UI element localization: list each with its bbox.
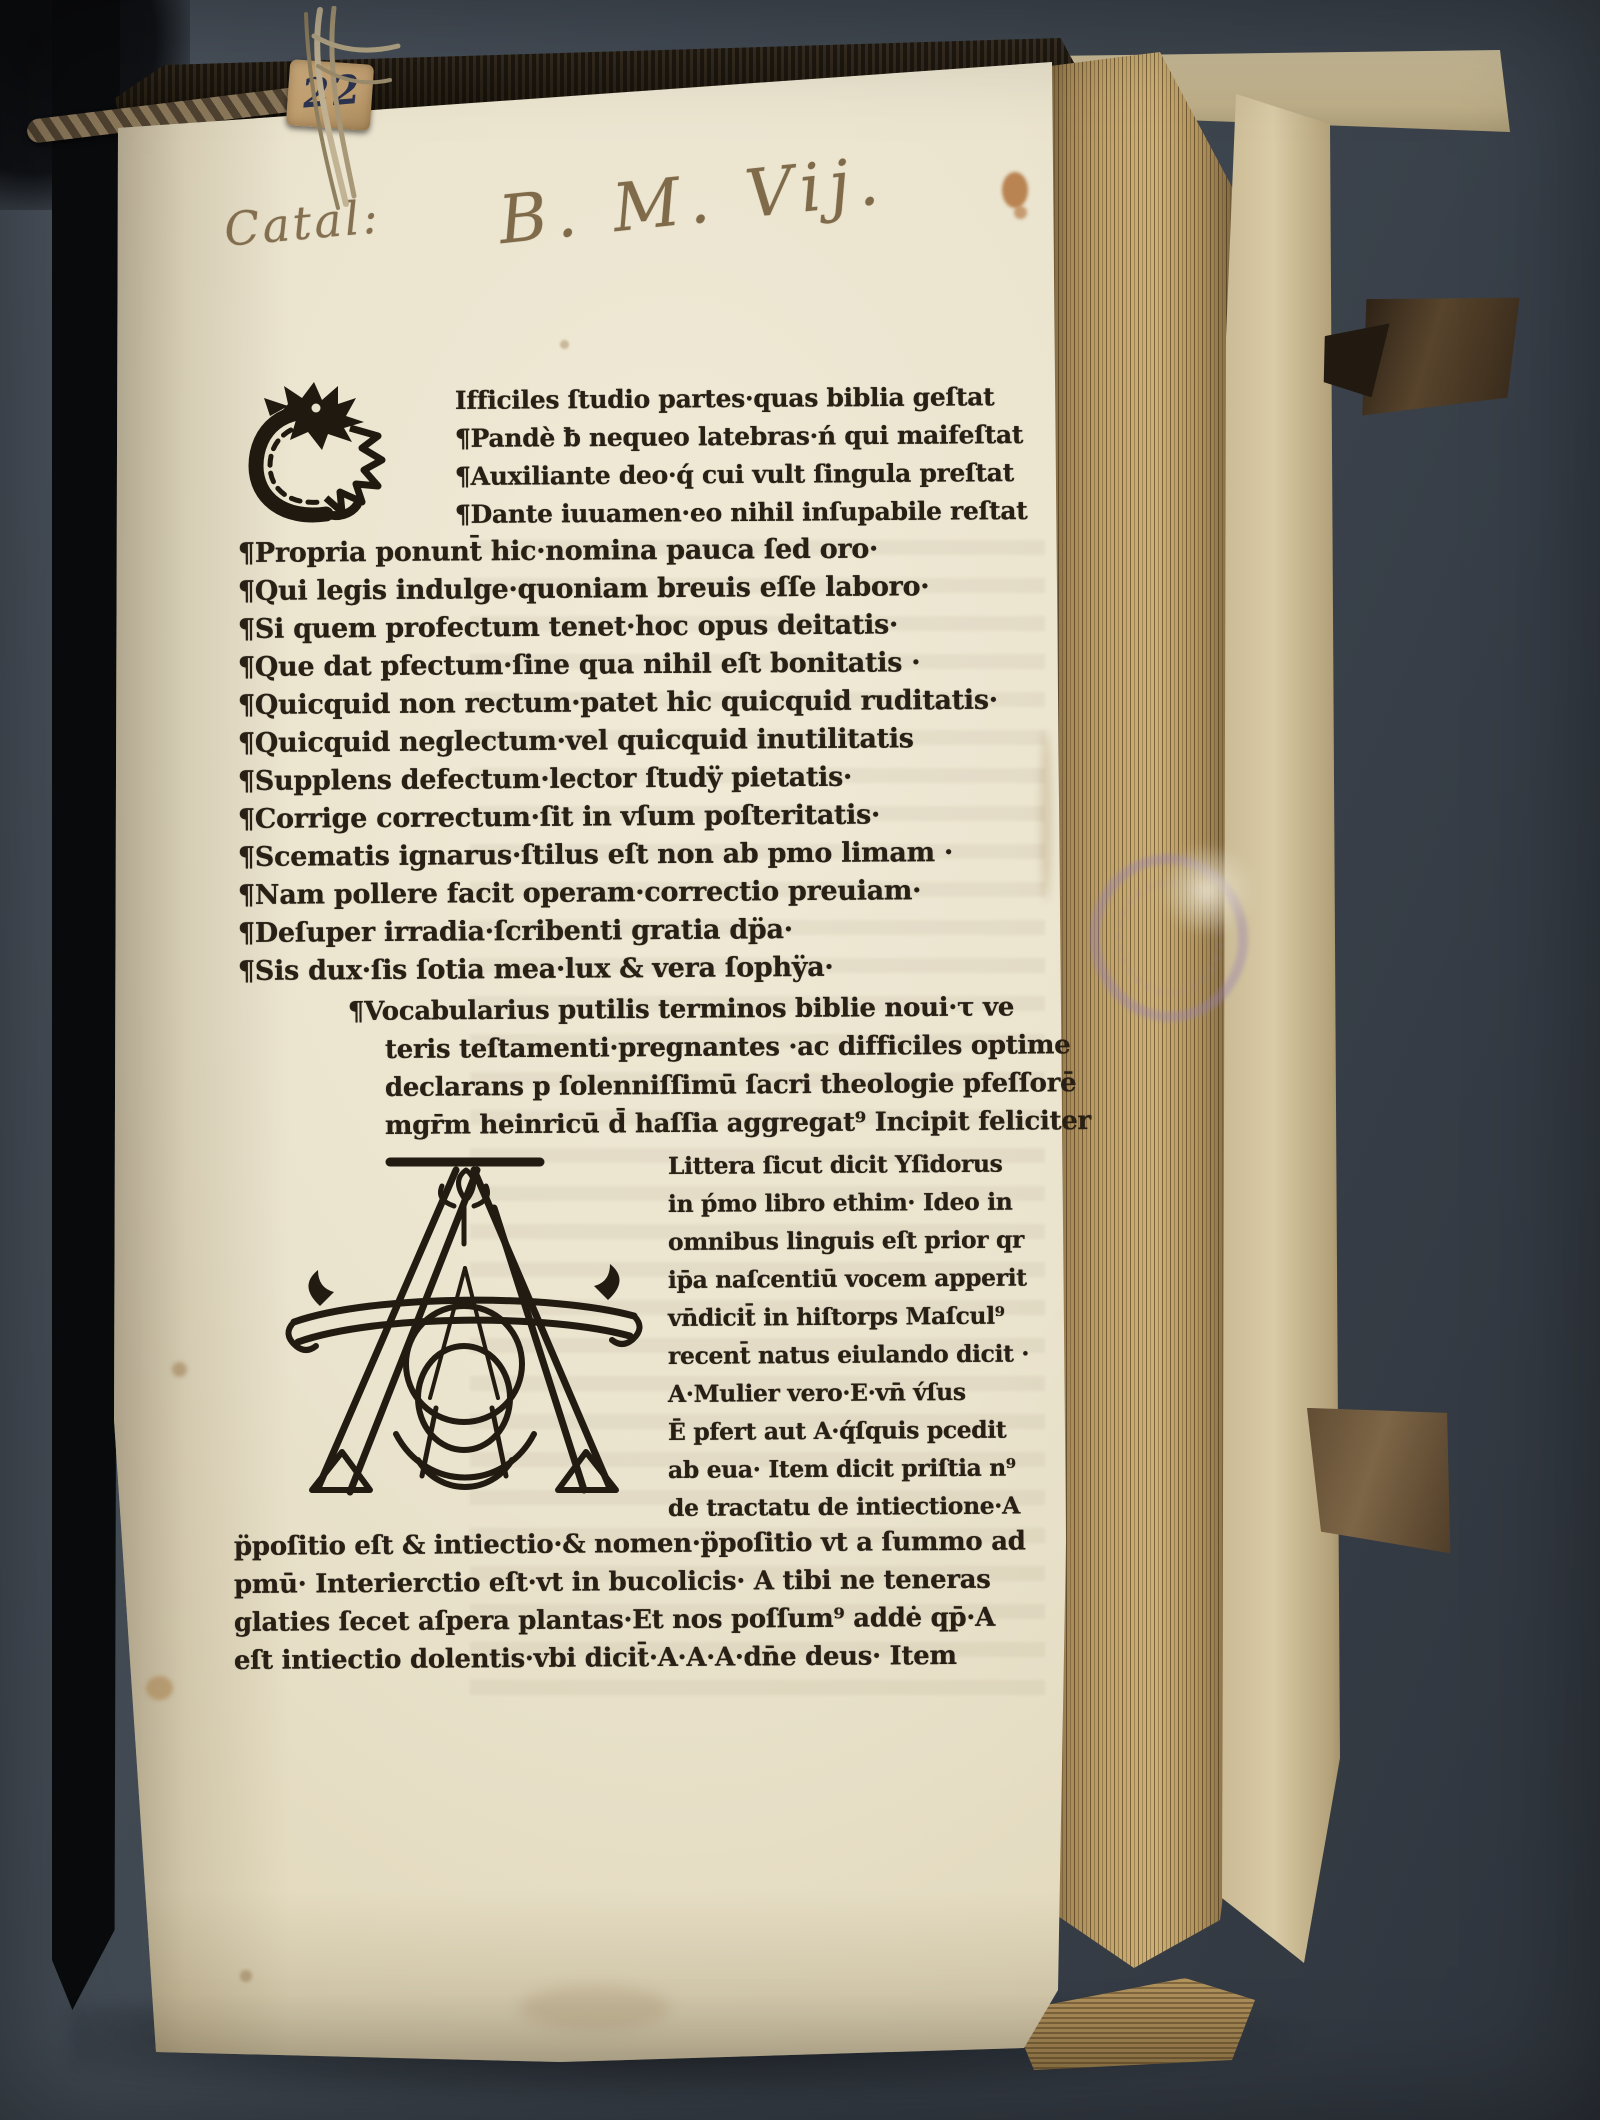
interlaced-a-woodcut-initial-icon bbox=[278, 1146, 650, 1514]
dragon-woodcut-initial-icon bbox=[230, 376, 402, 534]
book-spine-cloth bbox=[52, 0, 120, 2010]
foxing-spot bbox=[560, 340, 569, 349]
printed-line: Littera ſicut dicit Yſidorus bbox=[668, 1150, 1003, 1180]
printed-line: ¶Vocabularius putilis terminos biblie no… bbox=[348, 992, 1014, 1027]
photograph-of-incunabulum-page: Catal: B. M. Vij. bbox=[0, 0, 1600, 2120]
printed-line: ¶Quicquid neglectum·vel quicquid inutili… bbox=[238, 723, 914, 759]
printed-line: mgr̄m heinricū d̄ haſſia aggregat⁹ Incip… bbox=[385, 1106, 1091, 1141]
printed-line: pmū· Interierctio eſt·vt in bucolicis· A… bbox=[234, 1565, 991, 1600]
printed-line: ¶Qui legis indulge·quoniam breuis eſſe l… bbox=[238, 571, 930, 607]
printed-line: Ifficiles ſtudio partes·quas biblia geſt… bbox=[455, 382, 995, 415]
fore-edge-page-stack bbox=[1042, 52, 1247, 2012]
printed-line: ¶Scematis ignarus·ſtilus eſt non ab pmo … bbox=[238, 837, 953, 873]
printed-line: ip̄a naſcentiū vocem apperit bbox=[668, 1263, 1027, 1294]
printed-line: eſt intiectio dolentis·vbi dicit̄·A·A·A·… bbox=[234, 1641, 957, 1676]
page-bottom-shading bbox=[120, 1890, 1070, 2065]
printed-line: p̈poſitio eſt & intiectio·& nomen·p̈poſi… bbox=[234, 1526, 1026, 1562]
printed-line: ¶Quicquid non rectum·patet hic quicquid … bbox=[238, 685, 998, 721]
printed-line: omnibus linguis eſt prior qr bbox=[668, 1226, 1024, 1256]
printed-line: recent̄ natus eiulando dicit · bbox=[668, 1339, 1029, 1370]
foxing-spot bbox=[1002, 172, 1028, 208]
printed-line: de tractatu de intiectione·A bbox=[668, 1492, 1020, 1522]
stain bbox=[520, 1986, 670, 2030]
foxing-spot bbox=[240, 1970, 252, 1982]
printed-line: ¶Sis dux·ſis ſotia mea·lux & vera ſophÿa… bbox=[238, 952, 834, 987]
foxing-spot bbox=[146, 1676, 173, 1700]
printed-line: ¶Supplens defectum·lector ſtudÿ pietatis… bbox=[238, 762, 852, 797]
printed-line: ¶Corrige correctum·ſit in vſum poſterita… bbox=[238, 800, 880, 835]
printed-line: ¶Deſuper irradia·ſcribenti gratia dp̈a· bbox=[238, 914, 793, 949]
printed-line: A·Mulier vero·E·vn̄ v́ſus bbox=[668, 1378, 966, 1408]
printed-line: in ṕmo libro ethim· Ideo in bbox=[668, 1188, 1013, 1218]
printed-line: vn̄dicit̄ in hiſtorps Maſcul⁹ bbox=[668, 1302, 1005, 1332]
printed-line: Ē pfert aut A·q́ſquis pcedit bbox=[668, 1416, 1006, 1446]
printed-line: ¶Nam pollere facit operam·correctio preu… bbox=[238, 875, 921, 911]
printed-line: ¶Pandè ƀ nequeo latebras·ń qui maifeſtat bbox=[455, 420, 1023, 453]
printed-line: teris teſtamenti·pregnantes ·ac difficil… bbox=[385, 1030, 1071, 1065]
foxing-spot bbox=[1014, 206, 1027, 219]
printed-line: ¶Dante iuuamen·eo nihil inſupabile reſta… bbox=[455, 496, 1028, 529]
printed-line: ¶Propria ponunt̄ hic·nomina pauca ſed or… bbox=[238, 534, 878, 569]
printed-line: ¶Si quem profectum tenet·hoc opus deitat… bbox=[238, 609, 898, 645]
printed-line: glaties ſecet aſpera plantas·Et nos poſſ… bbox=[234, 1603, 995, 1638]
printed-line: ¶Que dat pfectum·ſine qua nihil eſt boni… bbox=[238, 647, 920, 683]
printed-line: declarans p ſolenniſſimū ſacri theologie… bbox=[385, 1068, 1077, 1103]
printed-line: ab eua· Item dicit priſtia n⁹ bbox=[668, 1454, 1016, 1484]
printed-line: ¶Auxiliante deo·q́ cui vult ſingula preſ… bbox=[455, 458, 1014, 491]
foxing-streak bbox=[1040, 730, 1052, 900]
bookmark-cords-icon bbox=[248, 6, 483, 221]
foxing-spot bbox=[172, 1362, 187, 1377]
gutter-shadow bbox=[100, 60, 290, 2060]
